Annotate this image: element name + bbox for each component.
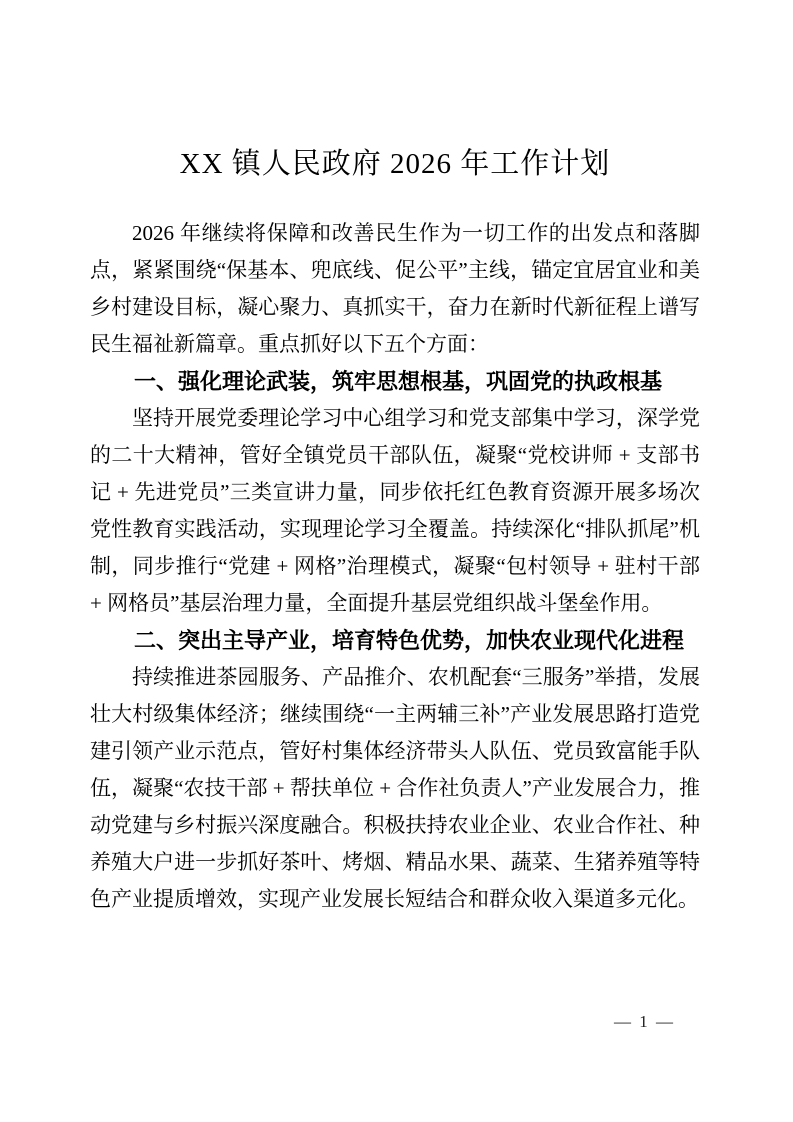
document-title: XX 镇人民政府 2026 年工作计划 <box>90 143 700 185</box>
section-1-body: 坚持开展党委理论学习中心组学习和党支部集中学习，深学党的二十大精神，管好全镇党员… <box>90 400 700 622</box>
section-1-heading: 一、强化理论武装，筑牢思想根基，巩固党的执政根基 <box>90 363 700 400</box>
intro-paragraph: 2026 年继续将保障和改善民生作为一切工作的出发点和落脚点，紧紧围绕“保基本、… <box>90 215 700 363</box>
section-2-heading: 二、突出主导产业，培育特色优势，加快农业现代化进程 <box>90 622 700 659</box>
document-page: XX 镇人民政府 2026 年工作计划 2026 年继续将保障和改善民生作为一切… <box>0 0 793 1122</box>
page-number: — 1 — <box>614 1011 675 1033</box>
section-2-body: 持续推进茶园服务、产品推介、农机配套“三服务”举措，发展壮大村级集体经济；继续围… <box>90 659 700 918</box>
